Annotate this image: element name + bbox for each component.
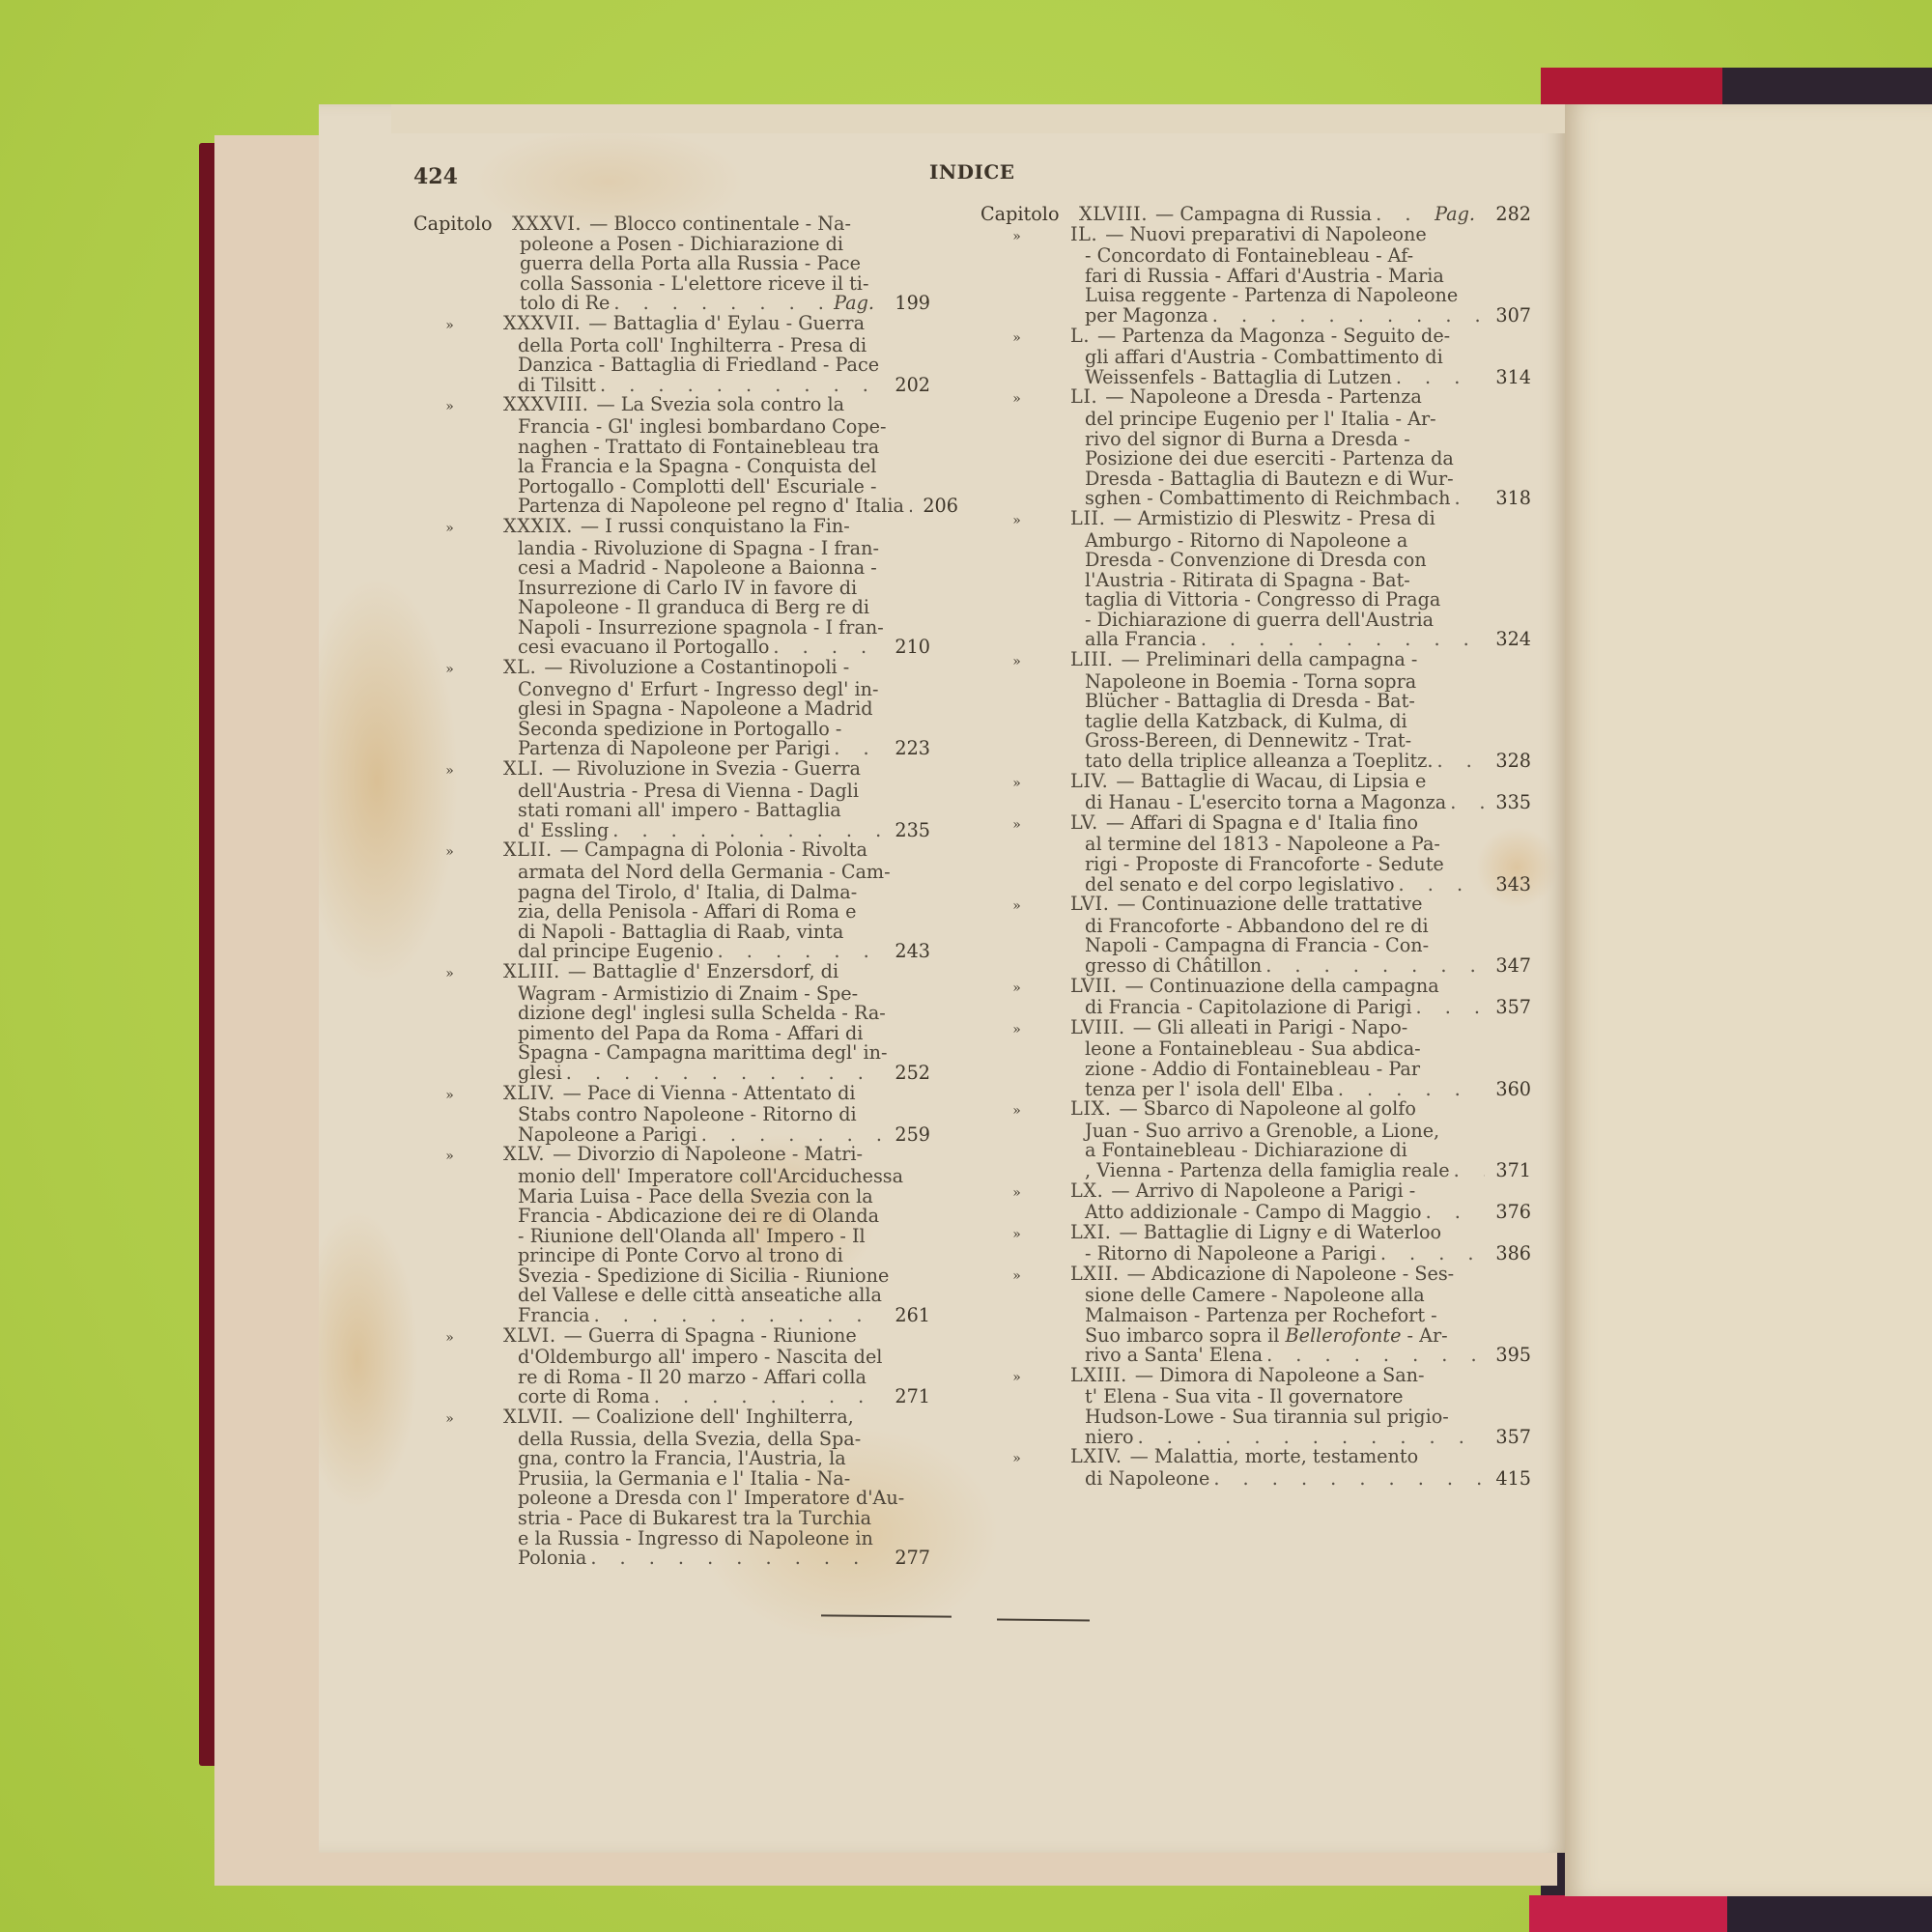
entry-text-line: — Continuazione della campagna [1125,977,1439,997]
ditto-mark: » [980,1266,1053,1287]
ditto-mark: » [980,896,1053,917]
entry-text-line: di Hanau - L'esercito torna a Magonza [1085,793,1446,813]
entry-text-line: - Riunione dell'Olanda all' Impero - Il [518,1227,866,1247]
index-entry: »XLIII.— Battaglie d' Enzersdorf, diWagr… [413,962,930,1084]
entry-text-line: Luisa reggente - Partenza di Napoleone [1085,286,1458,306]
ditto-mark: » [413,761,486,781]
dot-leader: . . . . . . . . . . . . . . . . . . . . … [1422,1203,1485,1223]
entry-text-line: di Napoli - Battaglia di Raab, vinta [518,923,843,943]
entry-text-line: e la Russia - Ingresso di Napoleone in [518,1529,873,1549]
index-entry: »LV.— Affari di Spagna e d' Italia finoa… [980,813,1531,895]
entry-text-line: Napoleone a Parigi [518,1125,697,1146]
dot-leader: . . . . . . . . . . . . . . . . . . . . … [1209,1469,1485,1490]
dot-leader: . . . . . . . . . . . . . . . . . . . . … [586,1548,884,1569]
chapter-roman-numeral: XLI. [503,759,544,780]
entry-text-line: della Russia, della Svezia, della Spa- [518,1430,861,1450]
entry-text-line: tato della triplice alleanza a Toeplitz. [1085,752,1433,772]
dot-leader: . . . . . . . . . . . . . . . . . . . . … [562,1064,884,1084]
entry-text-line: d' Essling [518,821,609,841]
entry-text-line: landia - Rivoluzione di Spagna - I fran- [518,539,879,559]
entry-text-line: — Armistizio di Pleswitz - Presa di [1113,509,1435,529]
entry-text-line: — Partenza da Magonza - Seguito de- [1097,327,1450,347]
index-entry: »LIII.— Preliminari della campagna -Napo… [980,650,1531,772]
index-entry: »LXIII.— Dimora di Napoleone a San-t' El… [980,1366,1531,1447]
chapter-roman-numeral: LVIII. [1070,1018,1125,1038]
entry-text-line: Convegno d' Erfurt - Ingresso degl' in- [518,680,878,700]
entry-text-line: — Sbarco di Napoleone al golfo [1119,1099,1415,1120]
dot-leader: . . . . . . . . . . . . . . . . . . . . … [1334,1080,1485,1100]
page-reference: 324 [1485,630,1531,650]
index-entry: »LII.— Armistizio di Pleswitz - Presa di… [980,509,1531,650]
binding-red-top [1541,68,1722,106]
entry-text-line: — Campagna di Russia [1155,205,1372,225]
page-reference: 395 [1485,1346,1531,1366]
entry-text-line: niero [1085,1428,1134,1448]
binding-dark-bottom [1727,1895,1932,1932]
index-entry: »LXIV.— Malattia, morte, testamentodi Na… [980,1447,1531,1489]
page-reference: 282 [1485,205,1531,225]
dot-leader: . . . . . . . . . . . . . . . . . . . . … [1134,1428,1485,1448]
entry-text-line: — Continuazione delle trattative [1117,895,1422,915]
entry-text-line: del principe Eugenio per l' Italia - Ar- [1085,410,1436,430]
entry-text-line: Partenza di Napoleone pel regno d' Itali… [518,497,904,517]
dot-leader: . . . . . . . . . . . . . . . . . . . . … [1412,998,1485,1018]
index-entry: »XLI.— Rivoluzione in Svezia - Guerradel… [413,759,930,840]
entry-text-line: Suo imbarco sopra il Bellerofonte - Ar- [1085,1326,1448,1347]
page-reference: 243 [884,942,930,962]
entry-text-line: principe di Ponte Corvo al trono di [518,1246,843,1266]
entry-text-line: dal principe Eugenio [518,942,714,962]
entry-text-line: - Dichiarazione di guerra dell'Austria [1085,611,1434,631]
chapter-label: Capitolo [413,214,508,235]
entry-text-line: Seconda spedizione in Portogallo - [518,720,841,740]
entry-text-line: guerra della Porta alla Russia - Pace [520,254,861,274]
entry-text-line: monio dell' Imperatore coll'Arciduchessa [518,1167,903,1187]
index-entry: »XXXVIII.— La Svezia sola contro laFranc… [413,395,930,517]
entry-text-line: Napoleone in Boemia - Torna sopra [1085,672,1416,693]
index-entry: »LVIII.— Gli alleati in Parigi - Napo-le… [980,1018,1531,1099]
entry-text-line: Insurrezione di Carlo IV in favore di [518,579,857,599]
entry-text-line: Hudson-Lowe - Sua tirannia sul prigio- [1085,1407,1449,1428]
dot-leader: . . . . . . . . . . . . . . . . . . . . … [1263,1346,1485,1366]
ditto-mark: » [980,227,1053,247]
index-column-right: CapitoloXLVIII.— Campagna di Russia. . .… [980,205,1531,1489]
chapter-roman-numeral: LVI. [1070,895,1109,915]
entry-text-line: Danzica - Battaglia di Friedland - Pace [518,355,879,376]
page-reference: 277 [884,1548,930,1569]
dot-leader: . . . . . . . . . . . . . . . . . . . . … [714,942,884,962]
entry-text-line: gna, contro la Francia, l'Austria, la [518,1449,846,1469]
index-entry: CapitoloXLVIII.— Campagna di Russia. . .… [980,205,1531,225]
entry-text-line: armata del Nord della Germania - Cam- [518,863,891,883]
entry-text-line: di Tilsitt [518,376,596,396]
entry-text-line: — Abdicazione di Napoleone - Ses- [1127,1264,1455,1285]
index-entry: »L.— Partenza da Magonza - Seguito de-gl… [980,327,1531,388]
index-entry: »LX.— Arrivo di Napoleone a Parigi -Atto… [980,1181,1531,1223]
ship-name: Bellerofonte [1286,1324,1402,1347]
entry-text-line: l'Austria - Ritirata di Spagna - Bat- [1085,571,1410,591]
entry-text-line: taglia di Vittoria - Congresso di Praga [1085,590,1440,611]
entry-text-line: naghen - Trattato di Fontainebleau tra [518,438,879,458]
dot-leader: . . . . . . . . . . . . . . . . . . . . … [1372,205,1435,225]
index-entry: »XXXVII.— Battaglia d' Eylau - Guerradel… [413,314,930,395]
chapter-roman-numeral: XL. [503,658,536,678]
page-top-flap [391,104,1565,133]
chapter-roman-numeral: LXIII. [1070,1366,1127,1386]
dot-leader: . . . . . . . . . . . . . . . . . . . . … [1446,793,1485,813]
entry-text-line: — Malattia, morte, testamento [1130,1447,1419,1467]
dot-leader: . . . . . . . . . . . . . . . . . . . . … [830,739,884,759]
entry-text-line: — Gli alleati in Parigi - Napo- [1133,1018,1407,1038]
index-entry: »LVII.— Continuazione della campagnadi F… [980,977,1531,1018]
entry-text-line: pagna del Tirolo, d' Italia, di Dalma- [518,883,857,903]
ditto-mark: » [413,964,486,984]
entry-text-line: alla Francia [1085,630,1197,650]
ditto-mark: » [980,979,1053,999]
ditto-mark: » [413,519,486,539]
chapter-roman-numeral: XLII. [503,840,553,861]
entry-text-line: Weissenfels - Battaglia di Lutzen [1085,368,1392,388]
chapter-roman-numeral: LI. [1070,387,1097,408]
entry-text-line: — Coalizione dell' Inghilterra, [572,1407,854,1428]
ditto-mark: » [980,774,1053,794]
entry-text-line: del senato e del corpo legislativo [1085,875,1395,895]
dot-leader: . . . . . . . . . . . . . . . . . . . . … [650,1387,884,1407]
entry-text-line: zione - Addio di Fontainebleau - Par [1085,1060,1420,1080]
page-reference: 343 [1485,875,1531,895]
index-entry: »LI.— Napoleone a Dresda - Partenzadel p… [980,387,1531,509]
entry-text-line: Dresda - Battaglia di Bautezn e di Wur- [1085,469,1454,490]
index-entry: »XL.— Rivoluzione a Costantinopoli -Conv… [413,658,930,759]
chapter-roman-numeral: IL. [1070,225,1097,245]
entry-text-line: Juan - Suo arrivo a Grenoble, a Lione, [1085,1122,1439,1142]
entry-text-line: colla Sassonia - L'elettore riceve il ti… [520,274,868,295]
entry-text-line: stati romani all' impero - Battaglia [518,801,841,821]
entry-text-line: gresso di Châtillon [1085,956,1262,977]
chapter-roman-numeral: XXXIX. [503,517,573,537]
dot-leader: . . . . . . . . . . . . . . . . . . . . … [1208,306,1485,327]
index-entry: »XLII.— Campagna di Polonia - Rivoltaarm… [413,840,930,962]
index-entry: »LIX.— Sbarco di Napoleone al golfoJuan … [980,1099,1531,1180]
entry-text-line: sione delle Camere - Napoleone alla [1085,1286,1425,1306]
entry-text-line: — La Svezia sola contro la [596,395,844,415]
entry-text-line: Spagna - Campagna marittima degl' in- [518,1043,888,1064]
entry-text-line: Malmaison - Partenza per Rochefort - [1085,1306,1437,1326]
entry-text-line: — Dimora di Napoleone a San- [1135,1366,1425,1386]
dot-leader: . . . . . . . . . . . . . . . . . . . . … [596,376,884,396]
entry-text-line: gli affari d'Austria - Combattimento di [1085,348,1443,368]
chapter-roman-numeral: LV. [1070,813,1098,834]
entry-text-line: di Francia - Capitolazione di Parigi [1085,998,1412,1018]
entry-text-line: Atto addizionale - Campo di Maggio [1085,1203,1422,1223]
entry-text-line: poleone a Posen - Dichiarazione di [520,235,843,255]
chapter-roman-numeral: XLVII. [503,1407,564,1428]
dot-leader: . . . . . . . . . . . . . . . . . . . . … [904,497,912,517]
entry-text-line: — Napoleone a Dresda - Partenza [1105,387,1422,408]
index-entry: »LXI.— Battaglie di Ligny e di Waterloo-… [980,1223,1531,1264]
page-reference: 386 [1485,1244,1531,1264]
entry-text-line: Blücher - Battaglia di Dresda - Bat- [1085,692,1415,712]
ditto-mark: » [413,1409,486,1430]
entry-text-line: - Ritorno di Napoleone a Parigi [1085,1244,1377,1264]
entry-text-line: t' Elena - Sua vita - Il governatore [1085,1387,1404,1407]
entry-text-line: tenza per l' isola dell' Elba [1085,1080,1334,1100]
entry-text-line: rivo a Santa' Elena [1085,1346,1263,1366]
entry-text-line: Stabs contro Napoleone - Ritorno di [518,1105,857,1125]
entry-text-line: — Arrivo di Napoleone a Parigi - [1111,1181,1415,1202]
index-entry: »LVI.— Continuazione delle trattativedi … [980,895,1531,976]
ditto-mark: » [413,1147,486,1167]
page-number: 424 [413,164,458,189]
dot-leader: . . . . . . . . . . . . . . . . . . . . … [1450,489,1485,509]
chapter-roman-numeral: LII. [1070,509,1105,529]
page-reference: 223 [884,739,930,759]
entry-text-line: glesi [518,1064,562,1084]
entry-text-line: dizione degl' inglesi sulla Schelda - Ra… [518,1004,886,1024]
chapter-roman-numeral: XLIII. [503,962,560,982]
entry-text-line: Napoleone - Il granduca di Berg re di [518,598,869,618]
entry-text-line: — Affari di Spagna e d' Italia fino [1106,813,1418,834]
entry-text-line: Napoli - Insurrezione spagnola - I fran- [518,618,884,639]
pag-label: Pag. [1435,205,1475,225]
chapter-roman-numeral: LIX. [1070,1099,1111,1120]
entry-text-line: — Battaglie di Wacau, di Lipsia e [1116,772,1426,792]
ditto-mark: » [413,397,486,417]
ditto-mark: » [413,1328,486,1349]
index-entry: »XLVII.— Coalizione dell' Inghilterra,de… [413,1407,930,1569]
page-reference: 199 [884,294,930,314]
entry-text-line: - Concordato di Fontainebleau - Af- [1085,246,1413,267]
page-reference: 318 [1485,489,1531,509]
entry-text-line: Napoli - Campagna di Francia - Con- [1085,936,1429,956]
entry-text-line: pimento del Papa da Roma - Affari di [518,1024,863,1044]
page-reference: 360 [1485,1080,1531,1100]
index-entry: »LIV.— Battaglie di Wacau, di Lipsia edi… [980,772,1531,813]
entry-text-line: — Rivoluzione a Costantinopoli - [544,658,849,678]
entry-text-line: di Francoforte - Abbandono del re di [1085,917,1429,937]
ditto-mark: » [980,328,1053,349]
entry-text-line: , Vienna - Partenza della famiglia reale [1085,1161,1450,1181]
chapter-roman-numeral: LIV. [1070,772,1108,792]
entry-text-line: d'Oldemburgo all' impero - Nascita del [518,1348,882,1368]
entry-text-line: taglie della Katzback, di Kulma, di [1085,712,1407,732]
ditto-mark: » [980,1020,1053,1040]
dot-leader: . . . . . . . . . . . . . . . . . . . . … [1450,1161,1485,1181]
right-blank-page [1565,104,1932,1896]
entry-text-line: sghen - Combattimento di Reichmbach [1085,489,1450,509]
entry-text-line: Partenza di Napoleone per Parigi [518,739,830,759]
index-entry: »XLV.— Divorzio di Napoleone - Matri-mon… [413,1145,930,1325]
entry-text-line: — Guerra di Spagna - Riunione [564,1326,857,1347]
entry-text-line: Maria Luisa - Pace della Svezia con la [518,1187,873,1207]
entry-text-line: Francia - Abdicazione dei re di Olanda [518,1207,879,1227]
page-reference: 415 [1485,1469,1531,1490]
page-reference: 347 [1485,956,1531,977]
dot-leader: . . . . . . . . . . . . . . . . . . . . … [769,638,884,658]
pag-label: Pag. [834,294,874,314]
entry-text-line: cesi a Madrid - Napoleone a Baionna - [518,558,877,579]
page-reference: 271 [884,1387,930,1407]
page-reference: 210 [884,638,930,658]
dot-leader: . . . . . . . . . . . . . . . . . . . . … [1433,752,1485,772]
entry-text-line: — Preliminari della campagna - [1122,650,1418,670]
entry-text-line: Gross-Bereen, di Dennewitz - Trat- [1085,731,1411,752]
chapter-roman-numeral: LXI. [1070,1223,1111,1243]
page-reference: 357 [1485,1428,1531,1448]
chapter-roman-numeral: XXXVI. [512,214,582,235]
entry-text-line: di Napoleone [1085,1469,1209,1490]
ditto-mark: » [413,1086,486,1106]
entry-text-line: corte di Roma [518,1387,650,1407]
index-entry: CapitoloXXXVI.— Blocco continentale - Na… [413,214,930,314]
chapter-roman-numeral: XLVIII. [1079,205,1148,225]
page-reference: 202 [884,376,930,396]
page-reference: 235 [884,821,930,841]
entry-text-line: glesi in Spagna - Napoleone a Madrid [518,699,873,720]
entry-text-line: Amburgo - Ritorno di Napoleone a [1085,531,1407,552]
dot-leader: . . . . . . . . . . . . . . . . . . . . … [1197,630,1485,650]
entry-text-line: al termine del 1813 - Napoleone a Pa- [1085,835,1440,855]
entry-text-line: — Battaglia d' Eylau - Guerra [588,314,865,334]
entry-text-line: tolo di Re [520,294,610,314]
entry-text-line: leone a Fontainebleau - Sua abdica- [1085,1039,1421,1060]
page-reference: 307 [1485,306,1531,327]
entry-text-line: Francia - Gl' inglesi bombardano Cope- [518,417,886,438]
chapter-roman-numeral: XXXVIII. [503,395,588,415]
dot-leader: . . . . . . . . . . . . . . . . . . . . … [610,294,834,314]
entry-text-line: rigi - Proposte di Francoforte - Sedute [1085,855,1444,875]
entry-text-line: — Blocco continentale - Na- [589,214,851,235]
page-reference: 206 [912,497,958,517]
dot-leader: . . . . . . . . . . . . . . . . . . . . … [590,1306,884,1326]
entry-text-line: Dresda - Convenzione di Dresda con [1085,551,1427,571]
page-reference: 328 [1485,752,1531,772]
chapter-roman-numeral: L. [1070,327,1090,347]
chapter-roman-numeral: LXII. [1070,1264,1120,1285]
page-reference: 376 [1485,1203,1531,1223]
chapter-roman-numeral: XLVI. [503,1326,556,1347]
chapter-roman-numeral: XXXVII. [503,314,581,334]
entry-text-line: stria - Pace di Bukarest tra la Turchia [518,1509,871,1529]
index-entry: »LXII.— Abdicazione di Napoleone - Ses-s… [980,1264,1531,1366]
page-reference: 371 [1485,1161,1531,1181]
entry-text-line: poleone a Dresda con l' Imperatore d'Au- [518,1489,904,1509]
entry-text-line: Polonia [518,1548,586,1569]
ditto-mark: » [980,1449,1053,1469]
entry-text-line: Portogallo - Complotti dell' Escuriale - [518,477,876,497]
page-reference: 259 [884,1125,930,1146]
entry-text-line: — Pace di Vienna - Attentato di [563,1084,856,1104]
entry-text-line: Posizione dei due eserciti - Partenza da [1085,449,1454,469]
entry-text-line: — Divorzio di Napoleone - Matri- [553,1145,863,1165]
ditto-mark: » [980,389,1053,410]
ditto-mark: » [413,316,486,336]
entry-text-line: la Francia e la Spagna - Conquista del [518,457,876,477]
page-reference: 314 [1485,368,1531,388]
page-reference: 335 [1485,793,1531,813]
entry-text-line: zia, della Penisola - Affari di Roma e [518,902,857,923]
entry-text-line: della Porta coll' Inghilterra - Presa di [518,336,867,356]
entry-text-line: Wagram - Armistizio di Znaim - Spe- [518,984,858,1005]
dot-leader: . . . . . . . . . . . . . . . . . . . . … [609,821,884,841]
entry-text-line: dell'Austria - Presa di Vienna - Dagli [518,781,859,802]
entry-text-line: del Vallese e delle città anseatiche all… [518,1286,882,1306]
ditto-mark: » [980,1225,1053,1245]
entry-text-line: rivo del signor di Burna a Dresda - [1085,430,1410,450]
entry-text-line: fari di Russia - Affari d'Austria - Mari… [1085,267,1444,287]
dot-leader: . . . . . . . . . . . . . . . . . . . . … [1262,956,1485,977]
ditto-mark: » [980,1183,1053,1204]
entry-text-line: re di Roma - Il 20 marzo - Affari colla [518,1368,867,1388]
running-head: INDICE [929,160,1015,184]
entry-text-line: Svezia - Spedizione di Sicilia - Riunion… [518,1266,889,1287]
chapter-roman-numeral: XLV. [503,1145,545,1165]
chapter-label: Capitolo [980,205,1075,225]
index-entry: »XLVI.— Guerra di Spagna - Riunioned'Old… [413,1326,930,1407]
page-reference: 261 [884,1306,930,1326]
entry-text-line: — Campagna di Polonia - Rivolta [560,840,867,861]
entry-text-line: cesi evacuano il Portogallo [518,638,769,658]
entry-text-line: Francia [518,1306,590,1326]
index-entry: »XXXIX.— I russi conquistano la Fin-land… [413,517,930,658]
ditto-mark: » [413,660,486,680]
chapter-roman-numeral: LXIV. [1070,1447,1122,1467]
entry-text-line: a Fontainebleau - Dichiarazione di [1085,1141,1407,1161]
page-reference: 252 [884,1064,930,1084]
chapter-roman-numeral: XLIV. [503,1084,555,1104]
dot-leader: . . . . . . . . . . . . . . . . . . . . … [697,1125,884,1146]
entry-text-line: — Nuovi preparativi di Napoleone [1105,225,1426,245]
chapter-roman-numeral: LVII. [1070,977,1118,997]
chapter-roman-numeral: LIII. [1070,650,1114,670]
binding-red-bottom [1529,1895,1727,1932]
index-entry: »IL.— Nuovi preparativi di Napoleone- Co… [980,225,1531,327]
ditto-mark: » [980,1368,1053,1388]
entry-text-line: — Battaglie di Ligny e di Waterloo [1119,1223,1441,1243]
chapter-roman-numeral: LX. [1070,1181,1103,1202]
ditto-mark: » [980,815,1053,836]
ditto-mark: » [980,511,1053,531]
page-reference: 357 [1485,998,1531,1018]
ditto-mark: » [980,1101,1053,1122]
entry-text-line: — Rivoluzione in Svezia - Guerra [552,759,861,780]
entry-text-line: per Magonza [1085,306,1208,327]
index-entry: »XLIV.— Pace di Vienna - Attentato diSta… [413,1084,930,1146]
index-column-left: CapitoloXXXVI.— Blocco continentale - Na… [413,214,930,1569]
entry-text-line: — I russi conquistano la Fin- [581,517,850,537]
entry-text-line: Prusiia, la Germania e l' Italia - Na- [518,1469,850,1490]
dot-leader: . . . . . . . . . . . . . . . . . . . . … [1392,368,1485,388]
entry-text-line: — Battaglie d' Enzersdorf, di [568,962,838,982]
ditto-mark: » [980,652,1053,672]
dot-leader: . . . . . . . . . . . . . . . . . . . . … [1395,875,1485,895]
ditto-mark: » [413,842,486,863]
dot-leader: . . . . . . . . . . . . . . . . . . . . … [1377,1244,1485,1264]
